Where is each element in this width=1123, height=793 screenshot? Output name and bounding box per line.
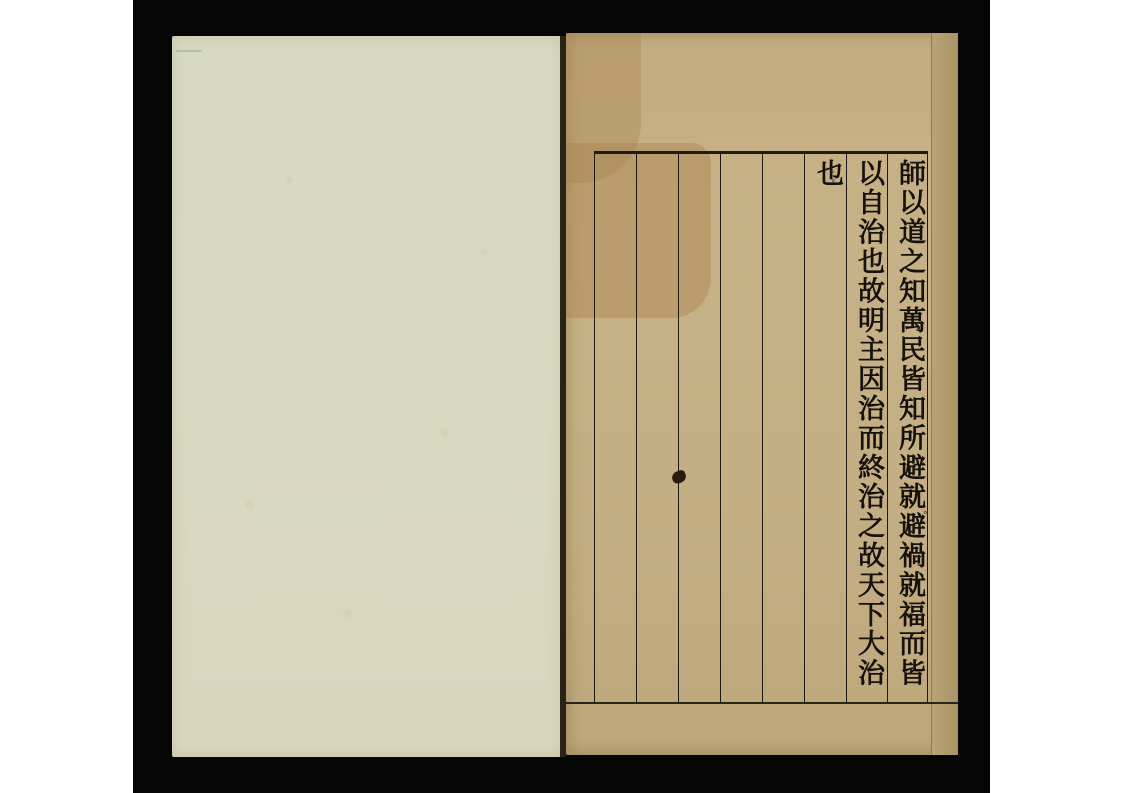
frame-bottom-rule — [566, 702, 958, 704]
column-rule — [762, 154, 763, 702]
page-edge-mark — [176, 50, 202, 52]
column-rule — [678, 154, 679, 702]
text-column-2: 以自治也故明主因治而終治之故天下大治 — [848, 159, 888, 688]
punctuation-circle: ° — [831, 179, 836, 189]
left-page-flyleaf — [172, 36, 562, 757]
page-fore-edge — [931, 33, 958, 755]
punctuation-circle: ° — [923, 629, 928, 639]
column-rule — [594, 154, 595, 702]
right-page-text: 師以道之知萬民皆知所避就避禍就福而皆 以自治也故明主因治而終治之故天下大治 也 … — [566, 33, 958, 755]
text-column-3: 也 — [807, 159, 847, 188]
printed-frame: 師以道之知萬民皆知所避就避禍就福而皆 以自治也故明主因治而終治之故天下大治 也 … — [594, 151, 928, 705]
column-rule — [636, 154, 637, 702]
column-rule — [846, 154, 847, 702]
punctuation-circle: ° — [923, 511, 928, 521]
column-rule — [720, 154, 721, 702]
text-column-1: 師以道之知萬民皆知所避就避禍就福而皆 — [889, 159, 929, 688]
punctuation-mark: ᵇ — [831, 169, 835, 179]
column-rule — [804, 154, 805, 702]
frame-top-rule — [594, 151, 928, 154]
